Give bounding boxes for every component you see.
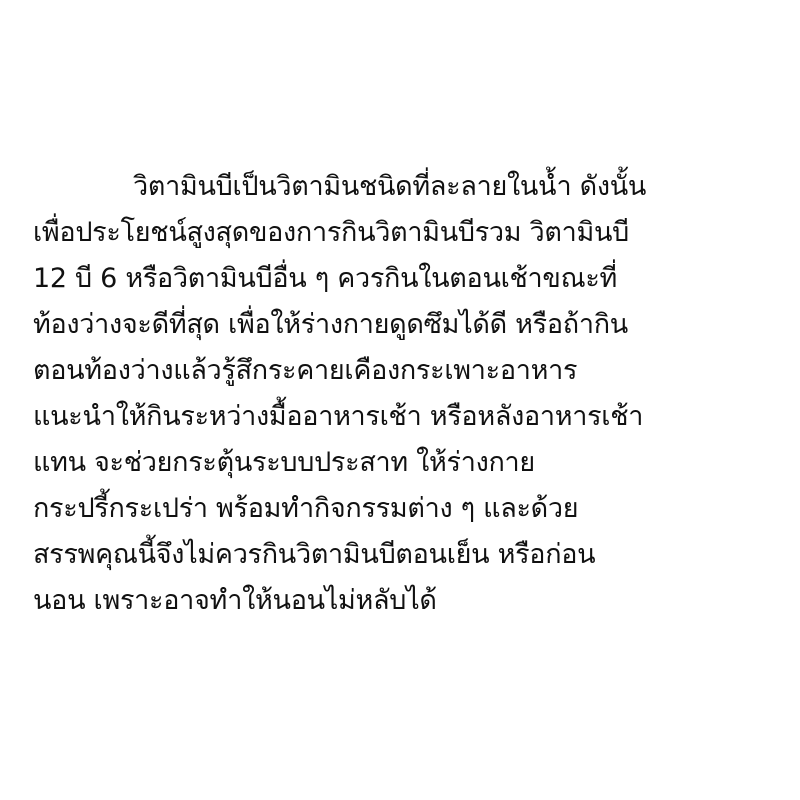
paragraph-line-7: แทน จะช่วยกระตุ้นระบบประสาท ให้ร่างกาย xyxy=(33,440,793,486)
document-body: วิตามินบีเป็นวิตามินชนิดที่ละลายในน้ำ ดั… xyxy=(33,164,793,624)
paragraph-vitamin-b: วิตามินบีเป็นวิตามินชนิดที่ละลายในน้ำ ดั… xyxy=(33,164,793,624)
paragraph-line-2: เพื่อประโยชน์สูงสุดของการกินวิตามินบีรวม… xyxy=(33,210,793,256)
paragraph-line-6: แนะนำให้กินระหว่างมื้ออาหารเช้า หรือหลัง… xyxy=(33,394,793,440)
paragraph-line-9: สรรพคุณนี้จึงไม่ควรกินวิตามินบีตอนเย็น ห… xyxy=(33,532,793,578)
paragraph-line-5: ตอนท้องว่างแล้วรู้สึกระคายเคืองกระเพาะอา… xyxy=(33,348,793,394)
paragraph-line-1: วิตามินบีเป็นวิตามินชนิดที่ละลายในน้ำ ดั… xyxy=(33,164,793,210)
paragraph-line-4: ท้องว่างจะดีที่สุด เพื่อให้ร่างกายดูดซึม… xyxy=(33,302,793,348)
paragraph-line-8: กระปรี้กระเปร่า พร้อมทำกิจกรรมต่าง ๆ และ… xyxy=(33,486,793,532)
paragraph-line-3: 12 บี 6 หรือวิตามินบีอื่น ๆ ควรกินในตอนเ… xyxy=(33,256,793,302)
paragraph-line-10: นอน เพราะอาจทำให้นอนไม่หลับได้ xyxy=(33,578,793,624)
